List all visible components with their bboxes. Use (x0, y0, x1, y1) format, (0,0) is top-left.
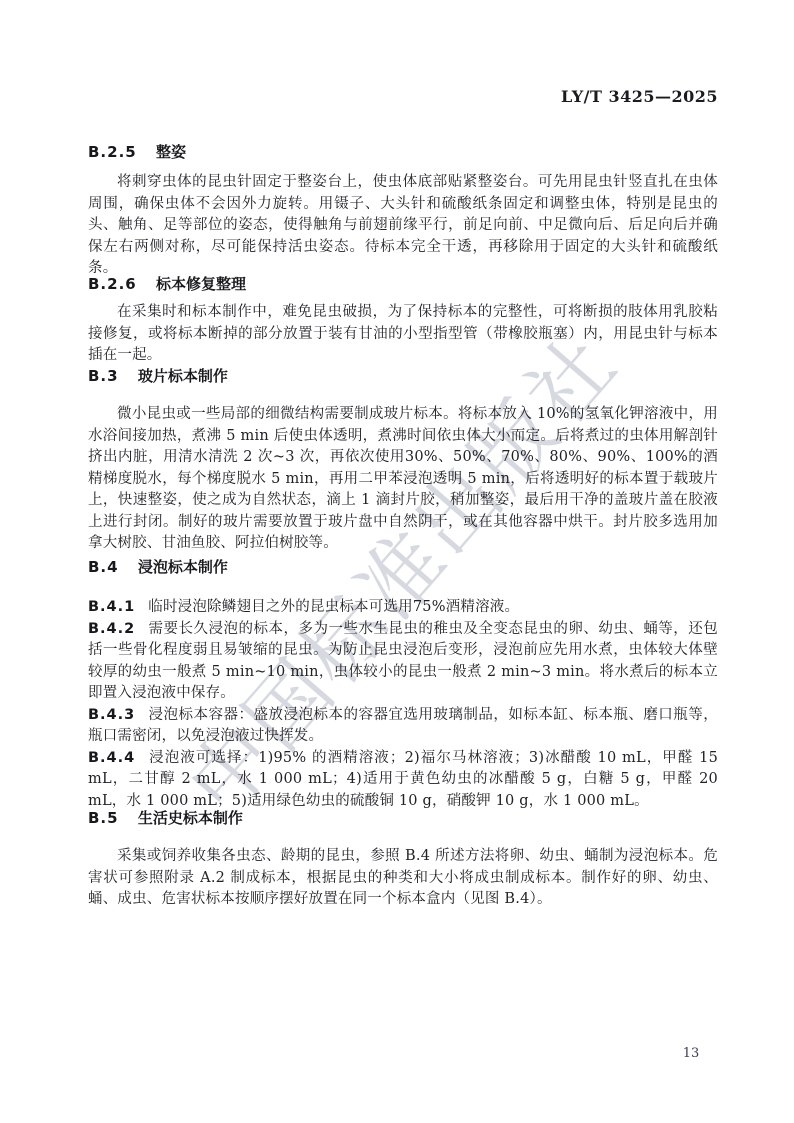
clause-number: B.4.1 (88, 599, 135, 615)
section-heading-b3: B.3 玻片标本制作 (88, 368, 718, 384)
clause-number: B.4.2 (88, 621, 135, 637)
section-number: B.4 (88, 558, 119, 576)
clause-number: B.4.4 (88, 750, 135, 766)
clause-text: 需要长久浸泡的标本，多为一些水生昆虫的稚虫及全变态昆虫的卵、幼虫、蛹等，还包括一… (88, 621, 718, 702)
section-number: B.2.5 (88, 143, 137, 161)
clause-number: B.4.3 (88, 707, 135, 723)
page-content: LY/T 3425—2025 B.2.5 整姿 将刺穿虫体的昆虫针固定于整姿台上… (0, 0, 794, 1123)
section-title: 整姿 (156, 143, 186, 161)
section-number: B.3 (88, 367, 119, 385)
section-number: B.2.6 (88, 275, 137, 293)
clause-b4-4: B.4.4浸泡液可选择：1)95% 的酒精溶液；2)福尔马林溶液；3)冰醋酸 1… (88, 748, 718, 813)
paragraph-b3: 微小昆虫或一些局部的细微结构需要制成玻片标本。将标本放入 10%的氢氧化钾溶液中… (88, 404, 718, 555)
paragraph-b5: 采集或饲养收集各虫态、龄期的昆虫，参照 B.4 所述方法将卵、幼虫、蛹制为浸泡标… (88, 846, 718, 911)
clause-b4-3: B.4.3浸泡标本容器：盛放浸泡标本的容器宜选用玻璃制品，如标本缸、标本瓶、磨口… (88, 705, 718, 748)
section-b4-items: B.4.1临时浸泡除鳞翅目之外的昆虫标本可选用75%酒精溶液。 B.4.2需要长… (88, 597, 718, 812)
section-title: 玻片标本制作 (138, 367, 228, 385)
document-page: 中国标准出版社 LY/T 3425—2025 B.2.5 整姿 将刺穿虫体的昆虫… (0, 0, 794, 1123)
section-heading-b2-6: B.2.6 标本修复整理 (88, 276, 718, 292)
page-number: 13 (676, 1046, 706, 1061)
clause-text: 浸泡液可选择：1)95% 的酒精溶液；2)福尔马林溶液；3)冰醋酸 10 mL，… (88, 750, 718, 809)
section-title: 生活史标本制作 (138, 809, 243, 827)
section-number: B.5 (88, 809, 119, 827)
standard-code-header: LY/T 3425—2025 (561, 87, 718, 106)
section-heading-b5: B.5 生活史标本制作 (88, 810, 718, 826)
clause-text: 浸泡标本容器：盛放浸泡标本的容器宜选用玻璃制品，如标本缸、标本瓶、磨口瓶等，瓶口… (88, 707, 718, 745)
paragraph-b2-5: 将刺穿虫体的昆虫针固定于整姿台上，使虫体底部贴紧整姿台。可先用昆虫针竖直扎在虫体… (88, 172, 718, 280)
paragraph-b2-6: 在采集时和标本制作中，难免昆虫破损，为了保持标本的完整性，可将断损的肢体用乳胶粘… (88, 302, 718, 367)
section-title: 标本修复整理 (156, 275, 246, 293)
section-heading-b4: B.4 浸泡标本制作 (88, 559, 718, 575)
clause-b4-2: B.4.2需要长久浸泡的标本，多为一些水生昆虫的稚虫及全变态昆虫的卵、幼虫、蛹等… (88, 619, 718, 705)
clause-b4-1: B.4.1临时浸泡除鳞翅目之外的昆虫标本可选用75%酒精溶液。 (88, 597, 718, 619)
clause-text: 临时浸泡除鳞翅目之外的昆虫标本可选用75%酒精溶液。 (148, 599, 519, 615)
section-title: 浸泡标本制作 (138, 558, 228, 576)
section-heading-b2-5: B.2.5 整姿 (88, 144, 718, 160)
